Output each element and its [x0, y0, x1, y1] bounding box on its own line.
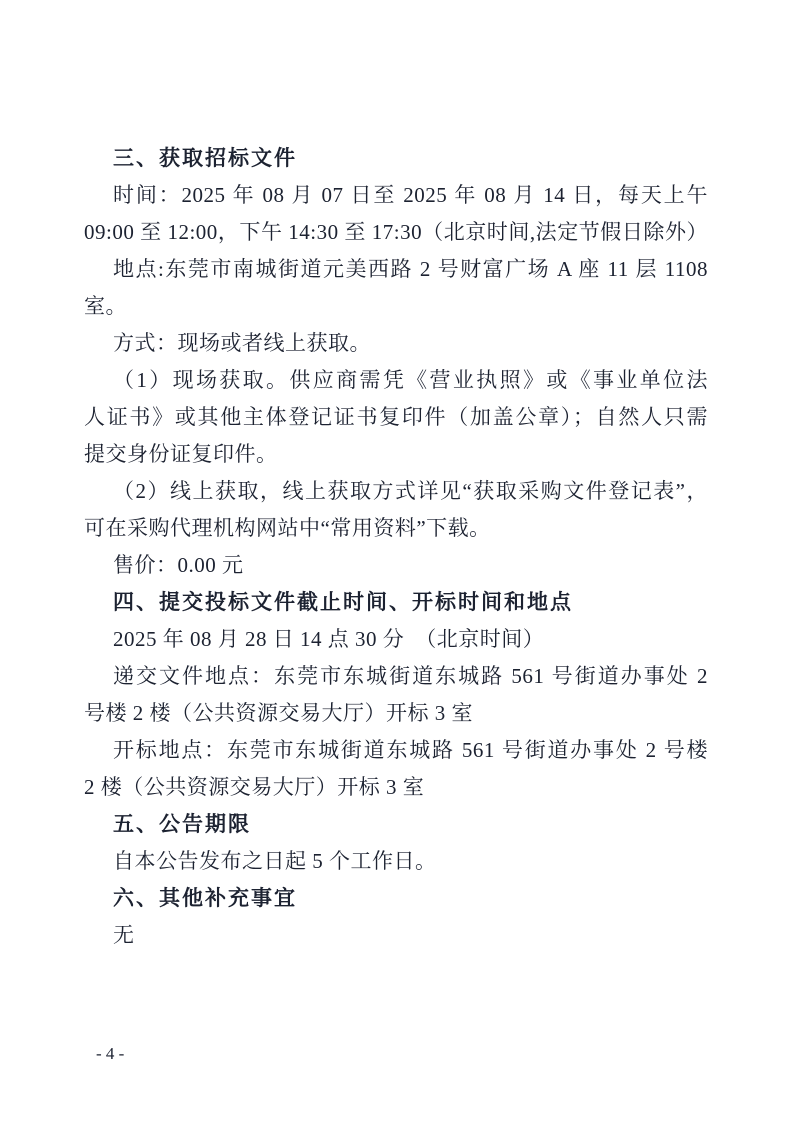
doc-line-online-2: 可在采购代理机构网站中“常用资料”下载。: [84, 510, 708, 547]
doc-line-onsite-1: （1）现场获取。供应商需凭《营业执照》或《事业单位法: [84, 362, 708, 399]
doc-line-onsite-3: 提交身份证复印件。: [84, 436, 708, 473]
section-heading-3: 三、获取招标文件: [84, 140, 708, 177]
document-body: 三、获取招标文件 时间：2025 年 08 月 07 日至 2025 年 08 …: [84, 140, 708, 954]
doc-line-opening-1: 开标地点：东莞市东城街道东城路 561 号街道办事处 2 号楼: [84, 732, 708, 769]
doc-line-none: 无: [84, 917, 708, 954]
doc-line-deadline: 2025 年 08 月 28 日 14 点 30 分 （北京时间）: [84, 621, 708, 658]
doc-line-submit-2: 号楼 2 楼（公共资源交易大厅）开标 3 室: [84, 695, 708, 732]
doc-line-onsite-2: 人证书》或其他主体登记证书复印件（加盖公章）；自然人只需: [84, 399, 708, 436]
doc-line-notice-period: 自本公告发布之日起 5 个工作日。: [84, 843, 708, 880]
section-heading-4: 四、提交投标文件截止时间、开标时间和地点: [84, 584, 708, 621]
doc-line-online-1: （2）线上获取，线上获取方式详见“获取采购文件登记表”，: [84, 473, 708, 510]
doc-line-submit-1: 递交文件地点：东莞市东城街道东城路 561 号街道办事处 2: [84, 658, 708, 695]
page-number: - 4 -: [96, 1043, 124, 1065]
document-page: 三、获取招标文件 时间：2025 年 08 月 07 日至 2025 年 08 …: [0, 0, 793, 1122]
doc-line-time-1: 时间：2025 年 08 月 07 日至 2025 年 08 月 14 日，每天…: [84, 177, 708, 214]
doc-line-time-2: 09:00 至 12:00，下午 14:30 至 17:30（北京时间,法定节假…: [84, 214, 708, 251]
doc-line-price: 售价：0.00 元: [84, 547, 708, 584]
section-heading-6: 六、其他补充事宜: [84, 880, 708, 917]
section-heading-5: 五、公告期限: [84, 806, 708, 843]
doc-line-location-2: 室。: [84, 288, 708, 325]
doc-line-opening-2: 2 楼（公共资源交易大厅）开标 3 室: [84, 769, 708, 806]
doc-line-method: 方式：现场或者线上获取。: [84, 325, 708, 362]
doc-line-location-1: 地点:东莞市南城街道元美西路 2 号财富广场 A 座 11 层 1108: [84, 251, 708, 288]
